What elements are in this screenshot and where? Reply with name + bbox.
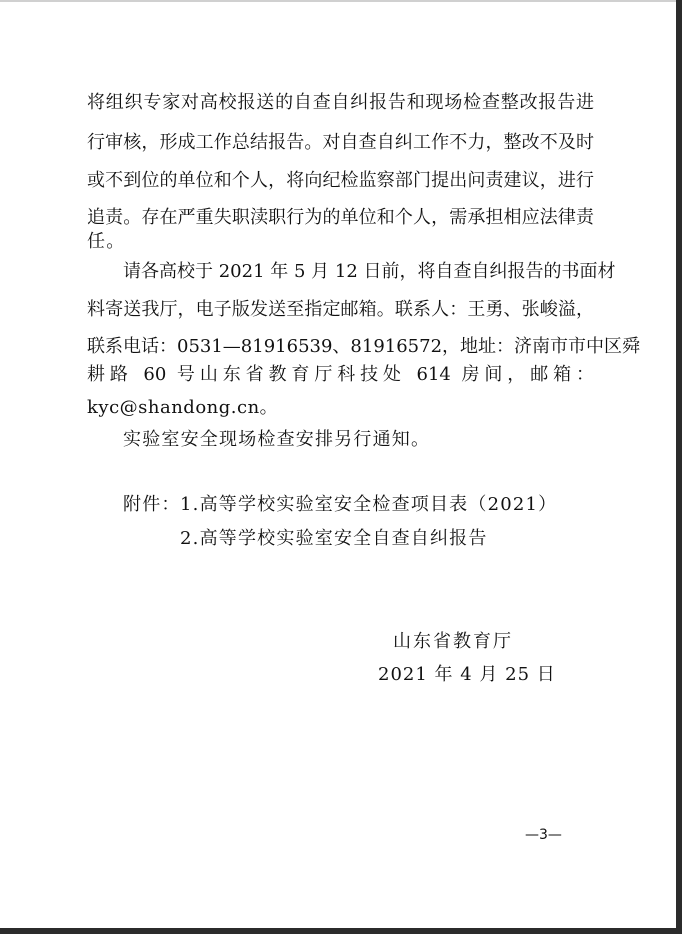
- attachment-item-2: 2.高等学校实验室安全自查自纠报告: [180, 528, 488, 550]
- paragraph-1-line-5: 任。: [87, 231, 125, 253]
- paragraph-1-line-4: 追责。存在严重失职渎职行为的单位和个人，需承担相应法律责: [87, 207, 594, 229]
- paragraph-2-line-2: 料寄送我厅，电子版发送至指定邮箱。联系人：王勇、张峻溢，: [87, 299, 594, 321]
- document-page: 将组织专家对高校报送的自查自纠报告和现场检查整改报告进 行审核，形成工作总结报告…: [0, 0, 676, 928]
- signature-organization: 山东省教育厅: [393, 627, 513, 653]
- paragraph-2-line-4: 耕路 60 号山东省教育厅科技处 614 房间，邮箱：: [87, 364, 594, 386]
- paragraph-1-line-1: 将组织专家对高校报送的自查自纠报告和现场检查整改报告进: [87, 92, 594, 114]
- paragraph-1-line-3: 或不到位的单位和个人，将向纪检监察部门提出问责建议，进行: [87, 170, 594, 192]
- page-number: —3—: [525, 827, 562, 843]
- signature-date: 2021 年 4 月 25 日: [378, 660, 556, 686]
- paragraph-3: 实验室安全现场检查安排另行通知。: [123, 429, 430, 451]
- email-line: kyc@shandong.cn。: [87, 397, 278, 419]
- paragraph-1-line-2: 行审核，形成工作总结报告。对自查自纠工作不力，整改不及时: [87, 132, 594, 154]
- paragraph-2-line-1: 请各高校于 2021 年 5 月 12 日前，将自查自纠报告的书面材: [123, 261, 594, 283]
- paragraph-2-line-3: 联系电话：0531—81916539、81916572，地址：济南市市中区舜: [87, 336, 594, 358]
- attachment-item-1: 1.高等学校实验室安全检查项目表（2021）: [180, 494, 557, 516]
- attachments-label: 附件：: [123, 494, 181, 516]
